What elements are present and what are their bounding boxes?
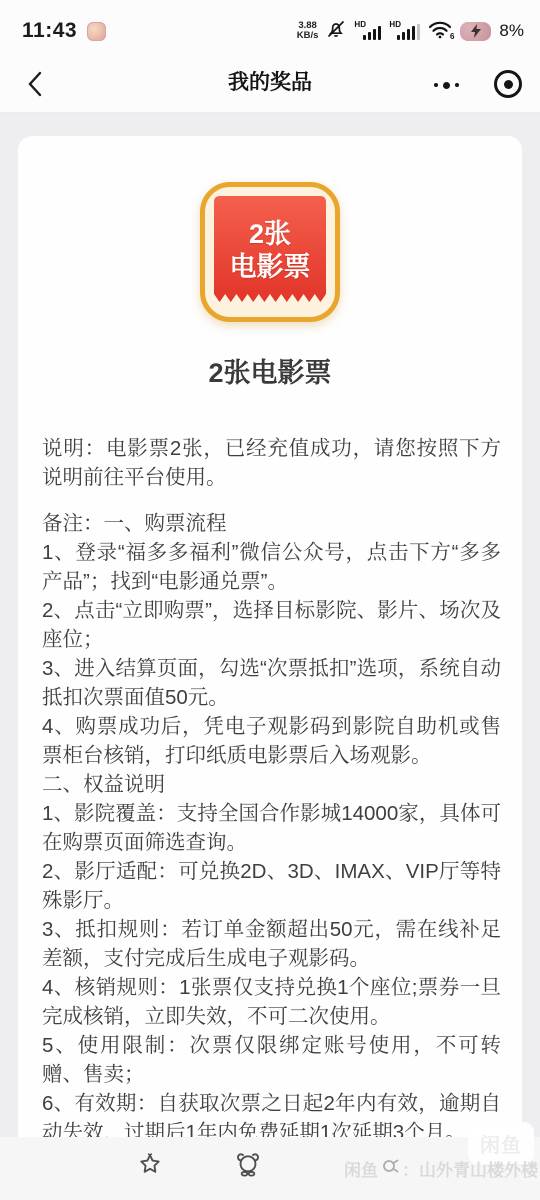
fish-logo-icon	[381, 1158, 399, 1179]
dot-icon	[455, 83, 459, 87]
watermark-app-name: 闲鱼	[344, 1156, 378, 1181]
mascot-face-icon[interactable]	[234, 1151, 264, 1181]
body-line: 1、登录“福多多福利”微信公众号，点击下方“多多产品”；找到“电影通兑票”。	[42, 538, 501, 596]
body-line: 5、使用限制：次票仅限绑定账号使用，不可转赠、售卖；	[42, 1031, 501, 1089]
body-line: 2、影厅适配：可兑换2D、3D、IMAX、VIP厅等特殊影厅。	[42, 857, 501, 915]
mute-bell-icon	[326, 19, 346, 44]
ticket-icon-line2: 电影票	[214, 251, 326, 284]
network-speed: 3.88 KB/s	[297, 21, 319, 41]
ticket-icon-text: 2张 电影票	[214, 218, 326, 284]
status-icons: 3.88 KB/s HD HD	[297, 19, 524, 44]
star-favorite-icon[interactable]	[136, 1151, 166, 1181]
wifi-icon: 6	[428, 21, 452, 41]
dot-icon	[443, 82, 450, 89]
wifi-6-label: 6	[450, 32, 454, 41]
prize-title: 2张电影票	[18, 351, 522, 390]
sim1-signal-icon: HD	[354, 20, 381, 42]
dot-icon	[434, 83, 438, 87]
nav-bar: 我的奖品	[0, 56, 540, 113]
notification-app-icon	[87, 22, 106, 41]
status-bar: 11:43 3.88 KB/s HD HD	[0, 0, 540, 56]
body-line: 3、抵扣规则：若订单金额超出50元，需在线补足差额，支付完成后生成电子观影码。	[42, 915, 501, 973]
ticket-icon-line1: 2张	[214, 218, 326, 251]
clock: 11:43	[22, 19, 77, 43]
prize-description: 说明：电影票2张，已经充值成功，请您按照下方说明前往平台使用。 备注：一、购票流…	[42, 434, 501, 1147]
body-line: 二、权益说明	[42, 770, 501, 799]
more-menu-button[interactable]	[424, 72, 468, 98]
movie-ticket-icon: 2张 电影票	[200, 182, 340, 322]
network-speed-unit: KB/s	[297, 31, 319, 41]
watermark-user-name: ：山外青山楼外楼	[402, 1156, 538, 1181]
target-dot-icon	[504, 80, 513, 89]
body-line: 4、购票成功后，凭电子观影码到影院自助机或售票柜台核销，打印纸质电影票后入场观影…	[42, 712, 501, 770]
battery-charging-icon	[460, 22, 491, 41]
body-line: 1、影院覆盖：支持全国合作影城14000家，具体可在购票页面筛选查询。	[42, 799, 501, 857]
close-capsule-button[interactable]	[494, 70, 522, 98]
instruction-lines: 备注：一、购票流程1、登录“福多多福利”微信公众号，点击下方“多多产品”；找到“…	[42, 509, 501, 1147]
body-line: 4、核销规则：1张票仅支持兑换1个座位;票券一旦完成核销，立即失效，不可二次使用…	[42, 973, 501, 1031]
sim2-signal-icon: HD	[389, 20, 420, 42]
xianyu-watermark-line: 闲鱼 ：山外青山楼外楼	[344, 1156, 538, 1181]
battery-percent: 8%	[499, 21, 524, 41]
body-line: 3、进入结算页面，勾选“次票抵扣”选项，系统自动抵扣次票面值50元。	[42, 654, 501, 712]
prize-detail-card: 2张 电影票 2张电影票 说明：电影票2张，已经充值成功，请您按照下方说明前往平…	[18, 136, 522, 1137]
intro-paragraph: 说明：电影票2张，已经充值成功，请您按照下方说明前往平台使用。	[42, 434, 501, 492]
body-line: 2、点击“立即购票”，选择目标影院、影片、场次及座位；	[42, 596, 501, 654]
body-line: 备注：一、购票流程	[42, 509, 501, 538]
